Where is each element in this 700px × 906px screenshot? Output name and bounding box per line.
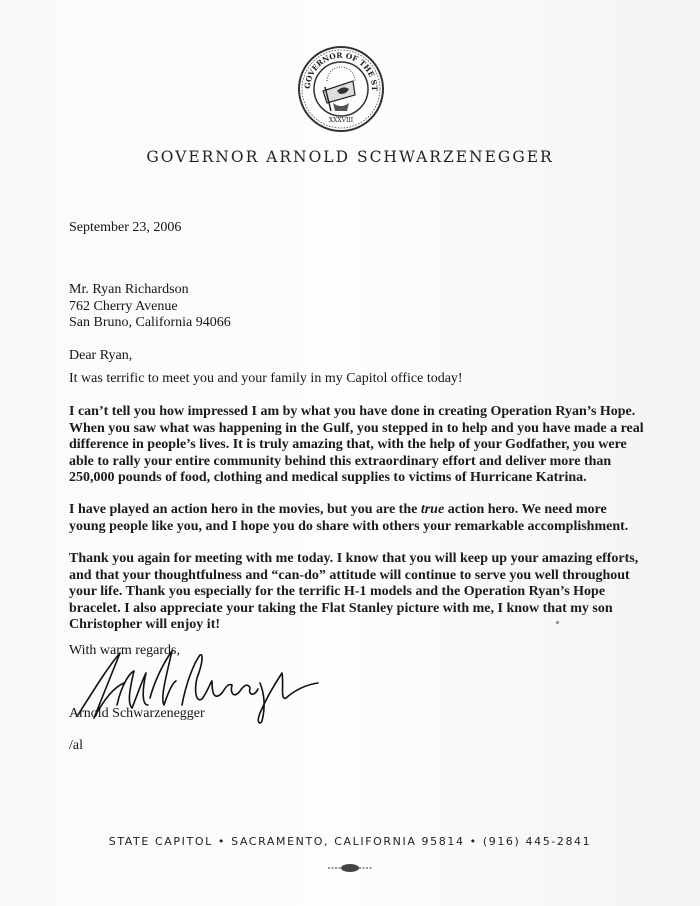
paragraph-line: young people like you, and I hope you do… (69, 519, 629, 536)
paragraph-line: When you saw what was happening in the G… (69, 421, 629, 438)
paragraph-line: difference in people’s lives. It is trul… (69, 437, 629, 454)
svg-text:GOVERNOR OF THE STATE OF CALIF: GOVERNOR OF THE STATE OF CALIFORNIA (297, 45, 379, 92)
letter-page: GOVERNOR OF THE STATE OF CALIFORNIA XXXV… (0, 0, 700, 906)
recipient-street: 762 Cherry Avenue (69, 299, 629, 316)
paragraph-1: It was terrific to meet you and your fam… (69, 371, 629, 388)
paragraph-line: and that your thoughtfulness and “can-do… (69, 568, 629, 585)
recipient-address: Mr. Ryan Richardson 762 Cherry Avenue Sa… (69, 282, 629, 332)
typist-initials: /al (69, 738, 629, 755)
paragraph-line: your life. Thank you especially for the … (69, 584, 629, 601)
text-run: action hero. We need more (444, 502, 607, 517)
paragraph-line: I have played an action hero in the movi… (69, 502, 629, 519)
salutation: Dear Ryan, (69, 348, 629, 365)
paragraph-line: Christopher will enjoy it! (69, 617, 629, 634)
emphasis-text: true (421, 502, 444, 517)
paragraph-line: Thank you again for meeting with me toda… (69, 551, 629, 568)
svg-text:XXXVIII: XXXVIII (329, 117, 354, 124)
paragraph-4: Thank you again for meeting with me toda… (69, 551, 629, 634)
paragraph-3: I have played an action hero in the movi… (69, 502, 629, 535)
state-seal-icon: GOVERNOR OF THE STATE OF CALIFORNIA XXXV… (297, 45, 385, 133)
scan-speck (556, 621, 559, 624)
recipient-name: Mr. Ryan Richardson (69, 282, 629, 299)
letter-date: September 23, 2006 (69, 220, 629, 237)
recipient-city: San Bruno, California 94066 (69, 315, 629, 332)
paragraph-line: It was terrific to meet you and your fam… (69, 371, 629, 388)
text-run: I have played an action hero in the movi… (69, 502, 421, 517)
paragraph-line: 250,000 pounds of food, clothing and med… (69, 470, 629, 487)
footer-address: STATE CAPITOL • SACRAMENTO, CALIFORNIA 9… (0, 835, 700, 848)
paragraph-line: able to rally your entire community behi… (69, 454, 629, 471)
ornament-icon (326, 863, 374, 873)
signer-name: Arnold Schwarzenegger (69, 706, 629, 723)
letterhead-title: GOVERNOR ARNOLD SCHWARZENEGGER (0, 148, 700, 166)
paragraph-line: bracelet. I also appreciate your taking … (69, 601, 629, 618)
paragraph-line: I can’t tell you how impressed I am by w… (69, 404, 629, 421)
paragraph-2: I can’t tell you how impressed I am by w… (69, 404, 629, 487)
